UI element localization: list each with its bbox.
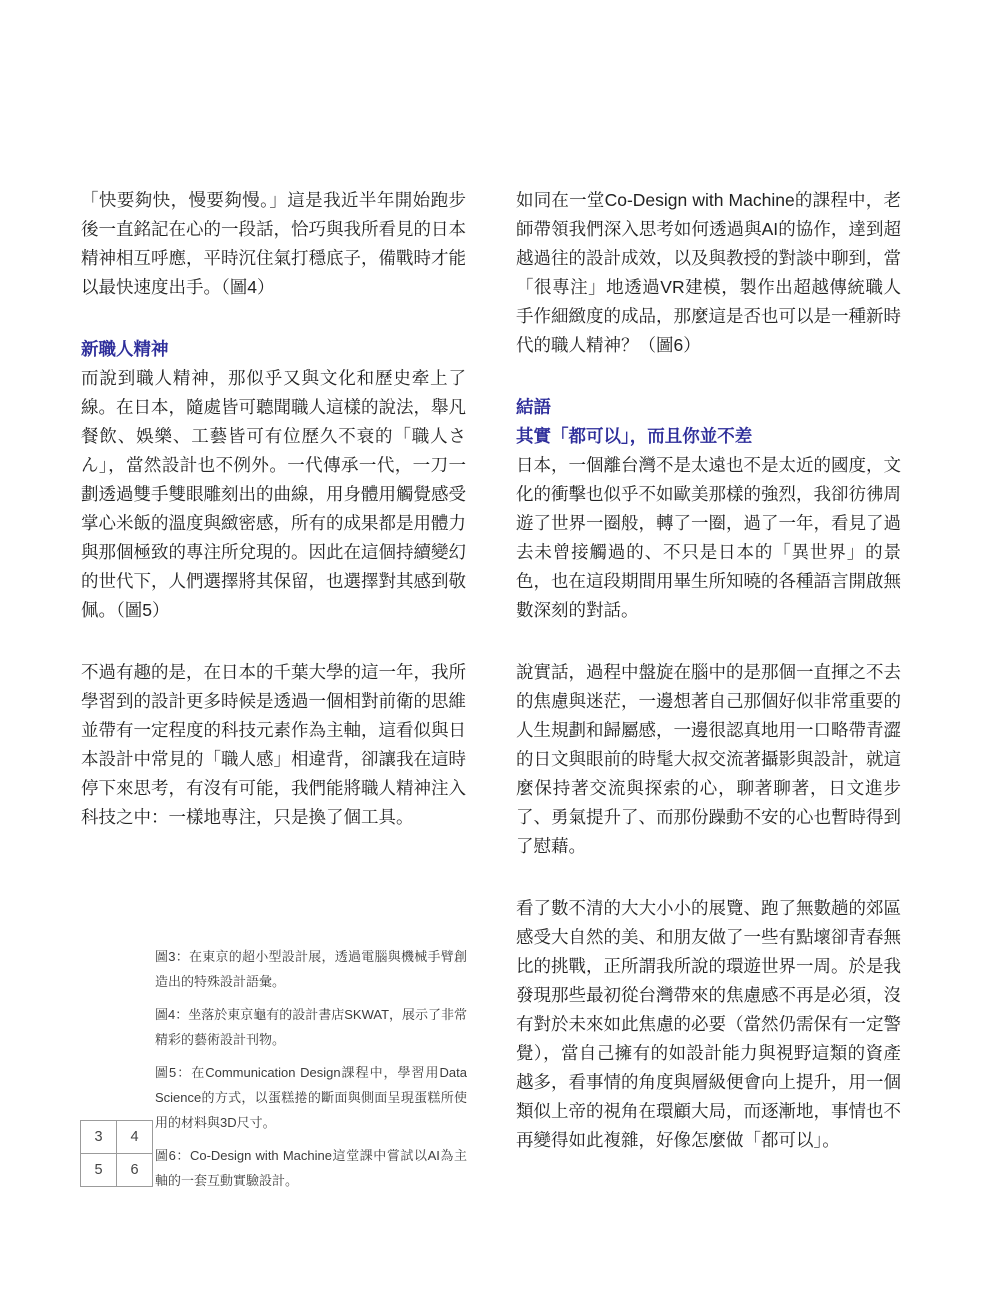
magazine-page: 「快要夠快，慢要夠慢。」這是我近半年開始跑步後一直銘記在心的一段話，恰巧與我所看… (0, 0, 983, 1310)
paragraph-craftsman: 而說到職人精神，那似乎又與文化和歷史牽上了線。在日本，隨處皆可聽聞職人這樣的說法… (81, 364, 466, 625)
figure-captions: 圖3：在東京的超小型設計展，透過電腦與機械手臂創造出的特殊設計語彙。 圖4：坐落… (155, 944, 467, 1201)
grid-cell-6: 6 (117, 1154, 153, 1187)
right-column: 如同在一堂Co-Design with Machine的課程中，老師帶領我們深入… (516, 186, 901, 1188)
grid-row-top: 3 4 (81, 1121, 153, 1154)
section-heading-conclusion: 結語 (516, 393, 901, 422)
caption-figure-6: 圖6：Co-Design with Machine這堂課中嘗試以AI為主軸的一套… (155, 1143, 467, 1193)
caption-figure-3: 圖3：在東京的超小型設計展，透過電腦與機械手臂創造出的特殊設計語彙。 (155, 944, 467, 994)
caption-figure-4: 圖4：坐落於東京龜有的設計書店SKWAT，展示了非常精彩的藝術設計刊物。 (155, 1002, 467, 1052)
paragraph-japan: 日本，一個離台灣不是太遠也不是太近的國度，文化的衝擊也似乎不如歐美那樣的強烈，我… (516, 451, 901, 625)
paragraph-quote: 「快要夠快，慢要夠慢。」這是我近半年開始跑步後一直銘記在心的一段話，恰巧與我所看… (81, 186, 466, 302)
grid-cell-4: 4 (117, 1121, 153, 1154)
figure-number-grid: 3 4 5 6 (80, 1120, 153, 1187)
left-column: 「快要夠快，慢要夠慢。」這是我近半年開始跑步後一直銘記在心的一段話，恰巧與我所看… (81, 186, 466, 865)
paragraph-codesign: 如同在一堂Co-Design with Machine的課程中，老師帶領我們深入… (516, 186, 901, 360)
paragraph-honest: 說實話，過程中盤旋在腦中的是那個一直揮之不去的焦慮與迷茫，一邊想著自己那個好似非… (516, 658, 901, 861)
grid-cell-5: 5 (81, 1154, 117, 1187)
paragraph-exhibitions: 看了數不清的大大小小的展覽、跑了無數趟的郊區感受大自然的美、和朋友做了一些有點壞… (516, 894, 901, 1155)
caption-figure-5: 圖5：在Communication Design課程中，學習用Data Scie… (155, 1060, 467, 1135)
section-subheading-its-all-okay: 其實「都可以」，而且你並不差 (516, 422, 901, 451)
grid-row-bottom: 5 6 (81, 1154, 153, 1187)
paragraph-chiba: 不過有趣的是，在日本的千葉大學的這一年，我所學習到的設計更多時候是透過一個相對前… (81, 658, 466, 832)
grid-cell-3: 3 (81, 1121, 117, 1154)
section-heading-new-craftsman-spirit: 新職人精神 (81, 335, 466, 364)
